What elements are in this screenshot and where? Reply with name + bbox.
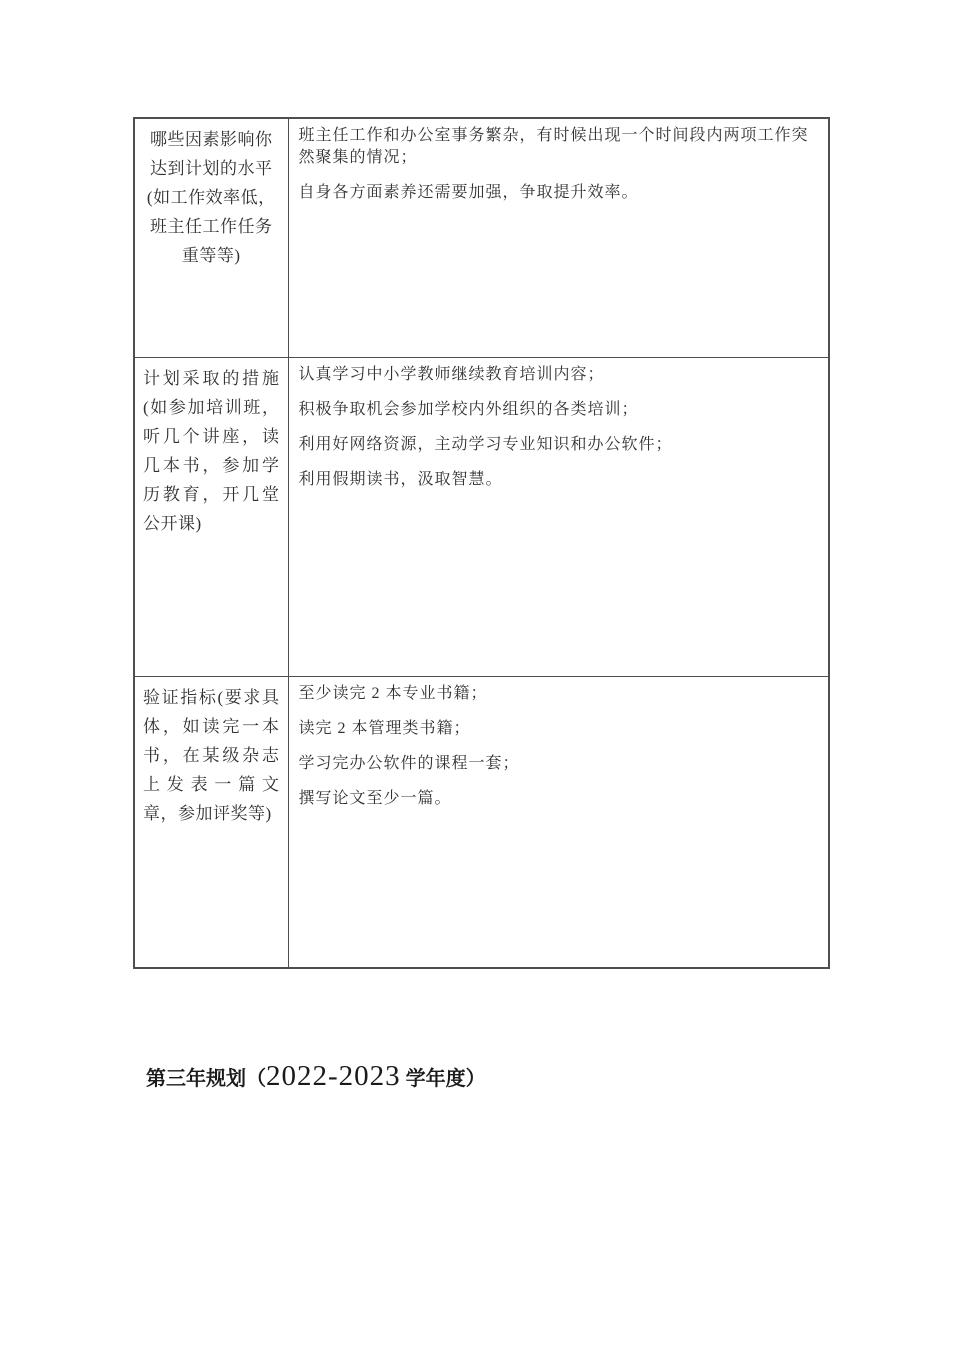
heading-suffix: 学年度） <box>401 1068 486 1090</box>
row-label-verification-indicators: 验证指标(要求具体，如读完一本书，在某级杂志上发表一篇文章，参加评奖等) <box>134 676 288 968</box>
row-content-influencing-factors: 班主任工作和办公室事务繁杂，有时候出现一个时间段内两项工作突然聚集的情况； 自身… <box>288 118 829 357</box>
section-heading-third-year-plan: 第三年规划（2022-2023 学年度） <box>146 1056 486 1099</box>
paragraph: 读完 2 本管理类书籍； <box>299 718 817 740</box>
paragraph: 认真学习中小学教师继续教育培训内容； <box>299 364 817 386</box>
paragraph: 自身各方面素养还需要加强，争取提升效率。 <box>299 182 817 204</box>
row-content-verification-indicators: 至少读完 2 本专业书籍； 读完 2 本管理类书籍； 学习完办公软件的课程一套；… <box>288 676 829 968</box>
table-row-planned-measures: 计划采取的措施(如参加培训班，听几个讲座，读几本书，参加学历教育，开几堂公开课)… <box>134 357 829 676</box>
paragraph: 撰写论文至少一篇。 <box>299 788 817 810</box>
paragraph: 利用假期读书，汲取智慧。 <box>299 469 817 491</box>
paragraph: 班主任工作和办公室事务繁杂，有时候出现一个时间段内两项工作突然聚集的情况； <box>299 125 817 169</box>
table-row-influencing-factors: 哪些因素影响你达到计划的水平(如工作效率低，班主任工作任务重等等) 班主任工作和… <box>134 118 829 357</box>
paragraph: 积极争取机会参加学校内外组织的各类培训； <box>299 399 817 421</box>
table-row-verification-indicators: 验证指标(要求具体，如读完一本书，在某级杂志上发表一篇文章，参加评奖等) 至少读… <box>134 676 829 968</box>
document-page: 哪些因素影响你达到计划的水平(如工作效率低，班主任工作任务重等等) 班主任工作和… <box>0 0 960 1357</box>
paragraph: 学习完办公软件的课程一套； <box>299 753 817 775</box>
row-label-influencing-factors: 哪些因素影响你达到计划的水平(如工作效率低，班主任工作任务重等等) <box>134 118 288 357</box>
row-label-planned-measures: 计划采取的措施(如参加培训班，听几个讲座，读几本书，参加学历教育，开几堂公开课) <box>134 357 288 676</box>
paragraph: 至少读完 2 本专业书籍； <box>299 683 817 705</box>
heading-year-range: 2022-2023 <box>266 1060 401 1092</box>
heading-prefix: 第三年规划（ <box>146 1068 266 1090</box>
paragraph: 利用好网络资源，主动学习专业知识和办公软件； <box>299 434 817 456</box>
development-plan-table: 哪些因素影响你达到计划的水平(如工作效率低，班主任工作任务重等等) 班主任工作和… <box>133 117 830 969</box>
row-content-planned-measures: 认真学习中小学教师继续教育培训内容； 积极争取机会参加学校内外组织的各类培训； … <box>288 357 829 676</box>
